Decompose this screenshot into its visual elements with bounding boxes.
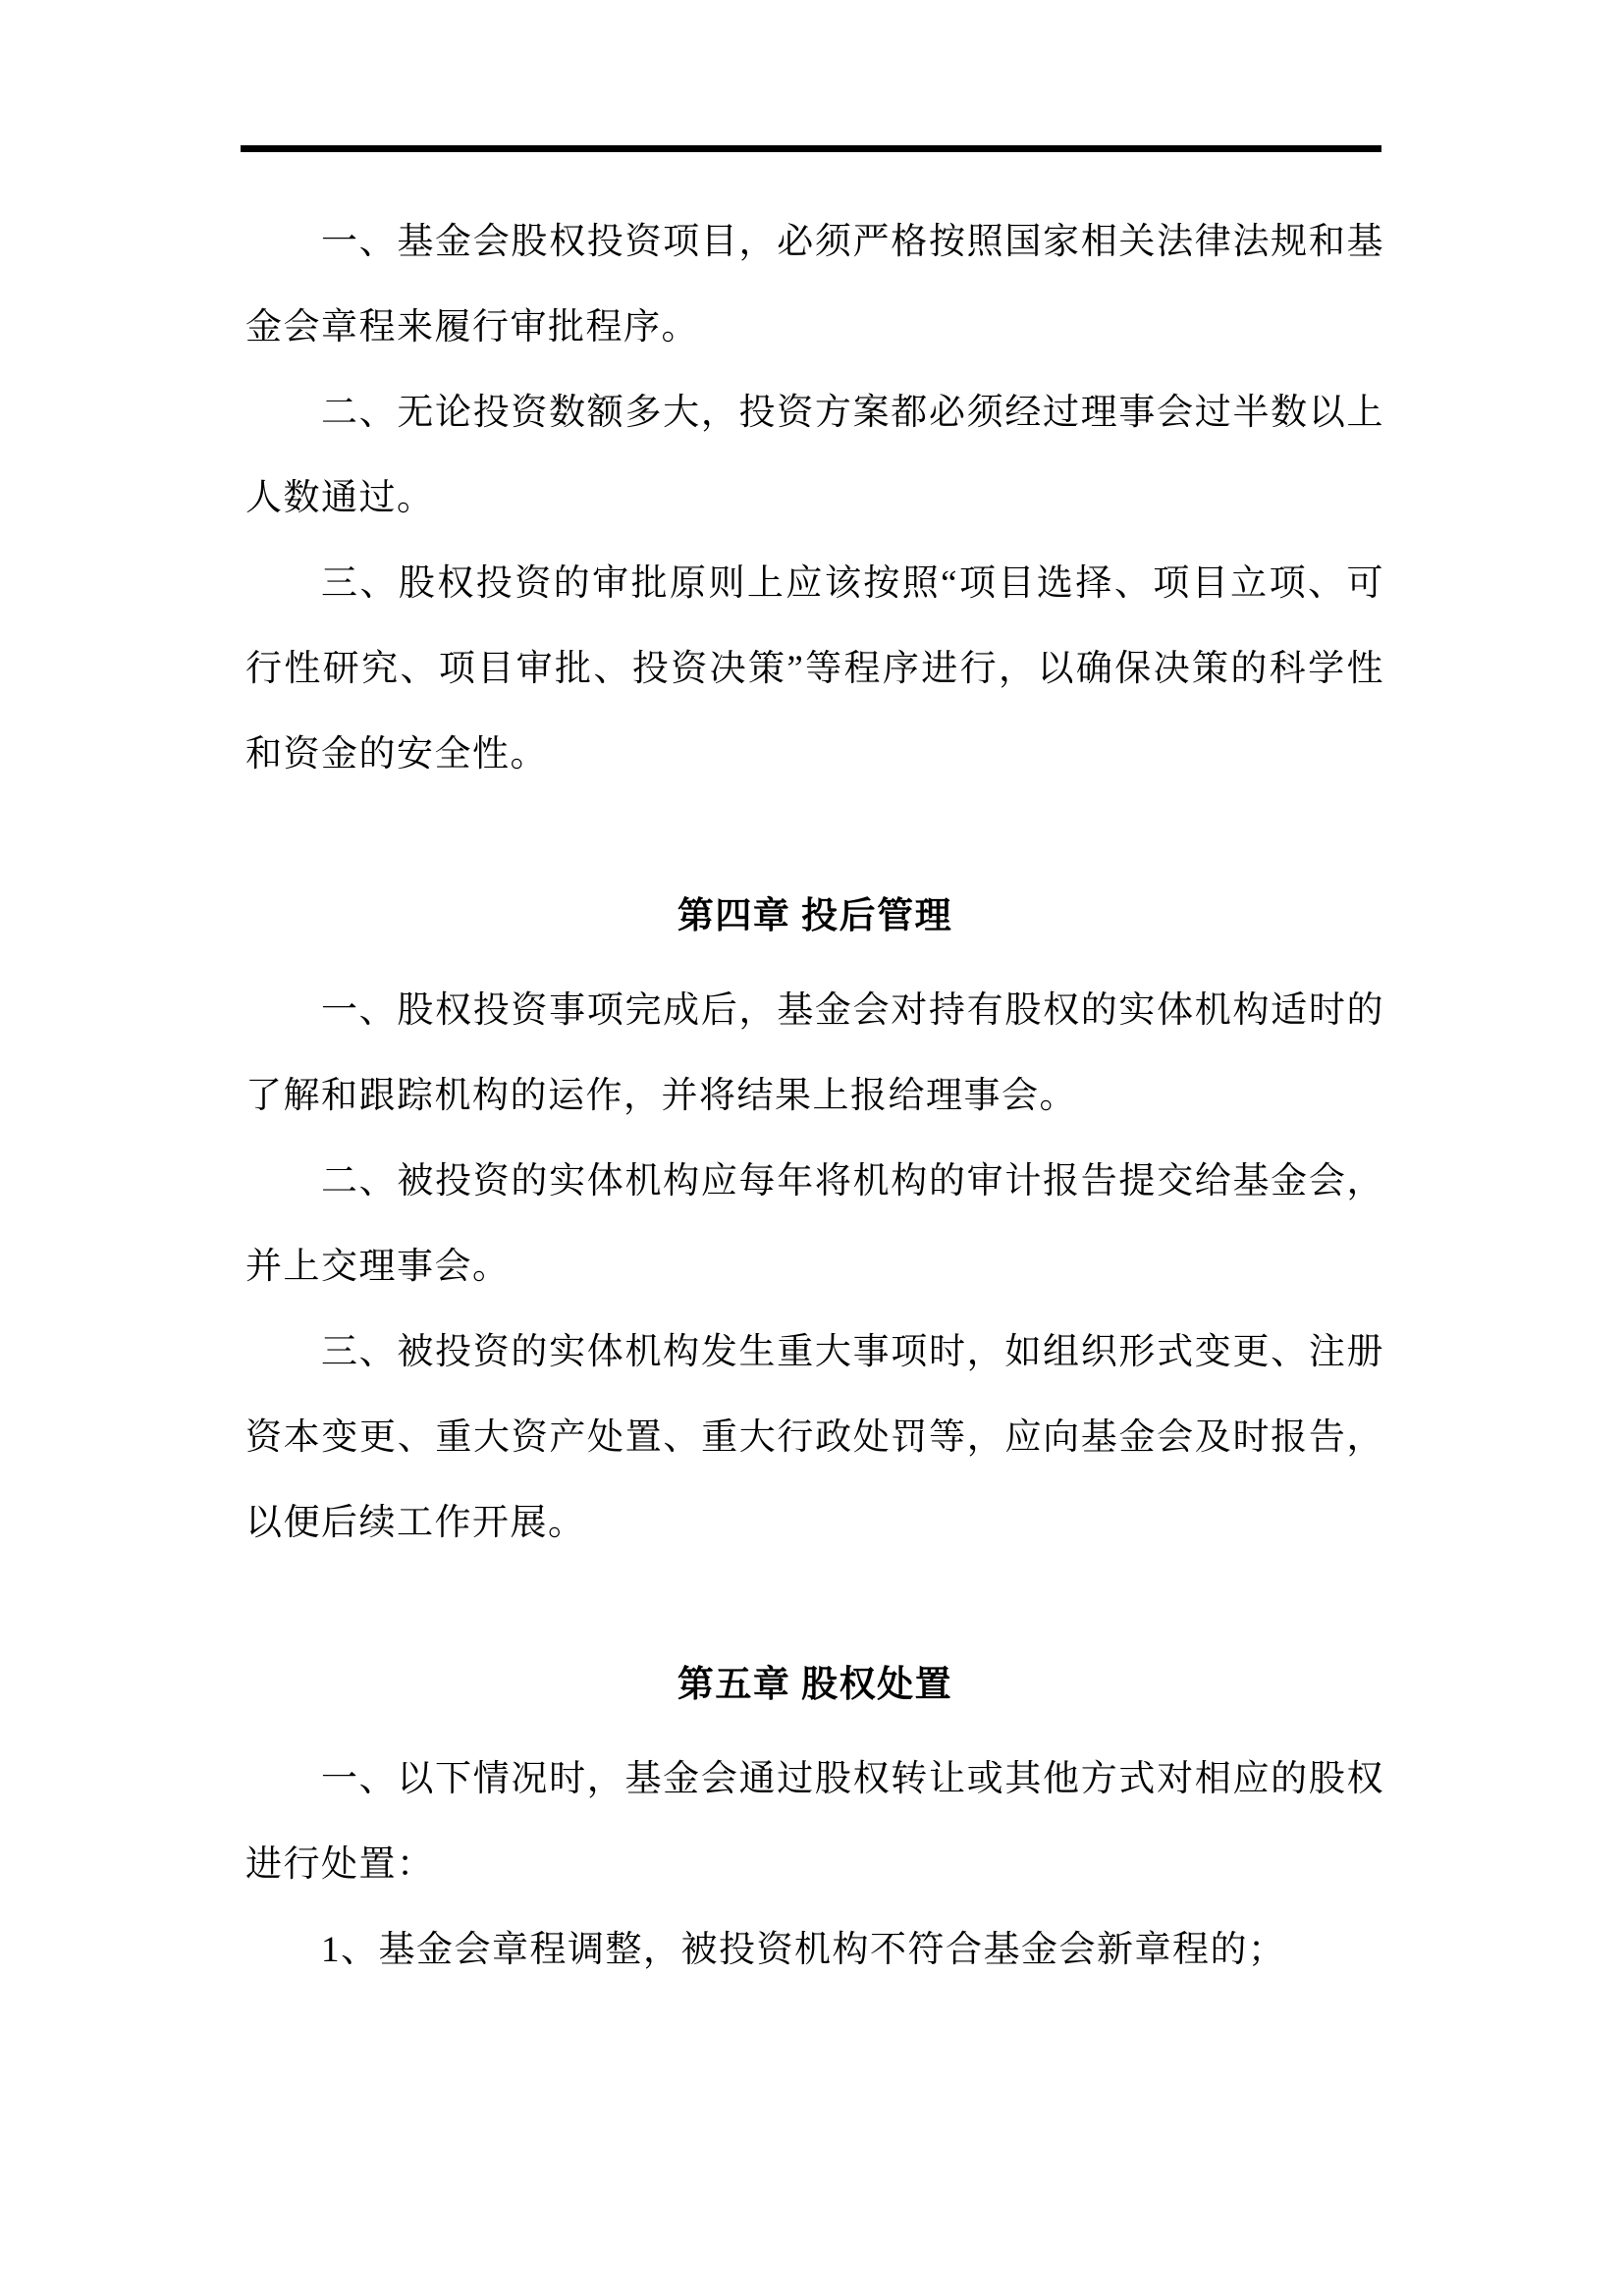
chapter-heading: 第五章 股权处置 [245,1642,1384,1728]
header-rule [241,145,1381,152]
body-paragraph: 三、股权投资的审批原则上应该按照“项目选择、项目立项、可行性研究、项目审批、投资… [245,541,1384,797]
document-body: 一、基金会股权投资项目，必须严格按照国家相关法律法规和基金会章程来履行审批程序。… [245,199,1384,1993]
body-paragraph: 一、股权投资事项完成后，基金会对持有股权的实体机构适时的了解和跟踪机构的运作，并… [245,968,1384,1139]
body-paragraph: 三、被投资的实体机构发生重大事项时，如组织形式变更、注册资本变更、重大资产处置、… [245,1309,1384,1566]
chapter-heading: 第四章 投后管理 [245,874,1384,959]
document-page: 一、基金会股权投资项目，必须严格按照国家相关法律法规和基金会章程来履行审批程序。… [0,0,1624,2296]
body-paragraph: 1、基金会章程调整，被投资机构不符合基金会新章程的； [245,1907,1384,1993]
body-paragraph: 二、被投资的实体机构应每年将机构的审计报告提交给基金会，并上交理事会。 [245,1139,1384,1309]
body-paragraph: 一、基金会股权投资项目，必须严格按照国家相关法律法规和基金会章程来履行审批程序。 [245,199,1384,370]
body-paragraph: 二、无论投资数额多大，投资方案都必须经过理事会过半数以上人数通过。 [245,370,1384,541]
body-paragraph: 一、以下情况时，基金会通过股权转让或其他方式对相应的股权进行处置： [245,1736,1384,1907]
